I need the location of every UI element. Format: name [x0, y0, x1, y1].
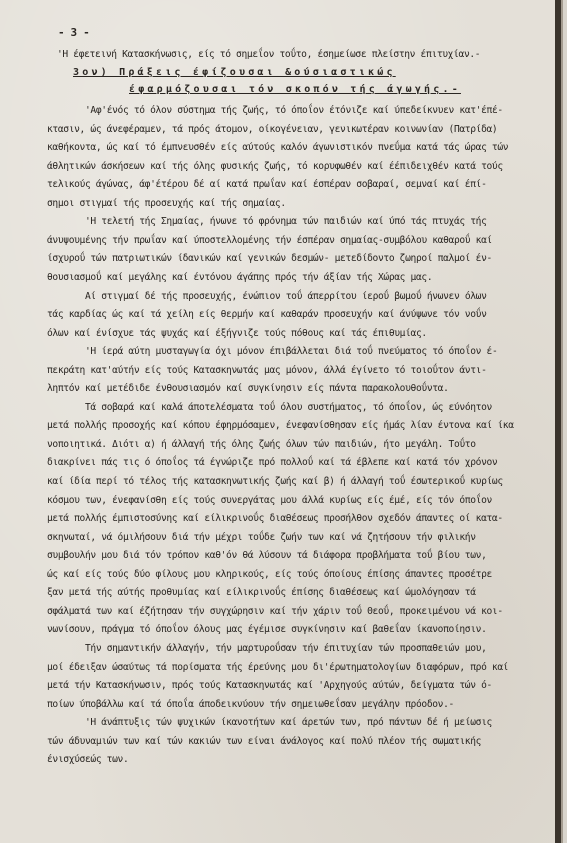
text-line: μετά πολλής προσοχής καί κόπου έφηρμόσαμ…: [47, 420, 514, 431]
text-line: σημοι στιγμαί τής προσευχής καί τής σημα…: [47, 198, 286, 209]
text-line: 'Αφ'ένός τό όλον σύστημα τής ζωής, τό όπ…: [85, 105, 503, 116]
section-heading-line-2: έφαρμόζουσαι τόν σκοπόν τής άγωγής.-: [129, 84, 461, 95]
text-line: μοί έδειξαν ώσαύτως τά πορίσματα τής έρε…: [47, 662, 508, 673]
text-line: σκηνωταί, νά όμιλήσουν διά τήν μέχρι τοΰ…: [47, 532, 476, 543]
text-line: ίσχυροΰ τών πατριωτικών ίδανικών καί γεν…: [47, 253, 492, 264]
text-line: ένισχύσεώς των.: [47, 754, 128, 765]
text-line: μετά πολλής έμπιστοσύνης καί είλικρινοΰς…: [47, 513, 503, 524]
text-line: 'Η ίερά αύτη μυσταγωγία όχι μόνον έπιβάλ…: [85, 346, 497, 357]
text-line: 'Η τελετή τής Σημαίας, ήνωνε τό φρόνημα …: [85, 216, 487, 227]
text-line: καί ίδία περί τό τέλος τής κατασκηνωτική…: [47, 476, 503, 487]
text-line: τάς καρδίας ώς καί τά χείλη είς θερμήν κ…: [47, 309, 487, 320]
text-line: Τήν σημαντικήν άλλαγήν, τήν μαρτυροΰσαν …: [85, 643, 487, 654]
text-line: τελικούς άγώνας, άφ'έτέρου δέ αί κατά πρ…: [47, 179, 487, 190]
text-line: συμβουλήν μου διά τόν τρόπον καθ'όν θά λ…: [47, 550, 487, 561]
section-heading-line-1: 3ον) Πράξεις έφίζουσαι &ούσιαστικώς: [73, 67, 396, 78]
text-line: θουσιασμοΰ καί μεγάλης καί έντόνου άγάπη…: [47, 272, 432, 283]
text-line: σφάλματά των καί έζήτησαν τήν συγχώρησιν…: [47, 606, 503, 617]
text-line: τών άδυναμιών των καί τών κακιών των είν…: [47, 736, 481, 747]
text-line: άθλητικών άσκήσεων καί τής όλης φυσικής …: [47, 161, 503, 172]
text-line: ποίων ύποβάλλω καί τά όποΐα άποδεικνύουν…: [47, 699, 454, 710]
text-line: κόσμου των, ένεφανίσθη είς τούς συνεργάτ…: [47, 495, 492, 506]
text-line: νοποιητικά. Διότι α) ή άλλαγή τής όλης ζ…: [47, 439, 476, 450]
page-edge: [555, 0, 561, 843]
text-line: διακρίνει πάς τις ό όποΐος τά έγνώριζε π…: [47, 457, 497, 468]
text-line: μετά τήν Κατασκήνωσιν, πρός τούς Κατασκη…: [47, 680, 492, 691]
intro-line: 'Η έφετεινή Κατασκήνωσις, είς τό σημεΐον…: [57, 49, 480, 60]
text-line: 'Η άνάπτυξις τών ψυχικών ίκανοτήτων καί …: [85, 717, 492, 728]
text-line: ληπτόν καί μετέδιδε ένθουσιασμόν καί συγ…: [47, 383, 449, 394]
typewritten-page: - 3 - 'Η έφετεινή Κατασκήνωσις, είς τό σ…: [0, 0, 563, 843]
page-number: - 3 -: [58, 26, 89, 39]
text-line: καθήκοντα, ώς καί τό έμπνευσθέν είς αύτο…: [47, 142, 508, 153]
text-line: όλων καί ένίσχυε τάς ψυχάς καί έξήγνιζε …: [47, 328, 427, 339]
text-line: Αί στιγμαί δέ τής προσευχής, ένώπιον τοΰ…: [85, 291, 487, 302]
text-line: πεκράτη κατ'αύτήν είς τούς Κατασκηνωτάς …: [47, 365, 487, 376]
text-line: νωνίσουν, πράγμα τό όποΐον όλους μας έγέ…: [47, 624, 487, 635]
text-line: Τά σοβαρά καί καλά άποτελέσματα τοΰ όλου…: [85, 402, 492, 413]
text-line: άνυψουμένης τήν πρωΐαν καί ύποστελλομένη…: [47, 235, 492, 246]
text-line: ξαν μετά τής αύτής προθυμίας καί είλικρι…: [47, 587, 476, 598]
text-line: ώς καί είς τούς δύο φίλους μου κληρικούς…: [47, 569, 492, 580]
text-line: κτασιν, ώς άνεφέραμεν, τά πρός άτομον, ο…: [47, 124, 497, 135]
